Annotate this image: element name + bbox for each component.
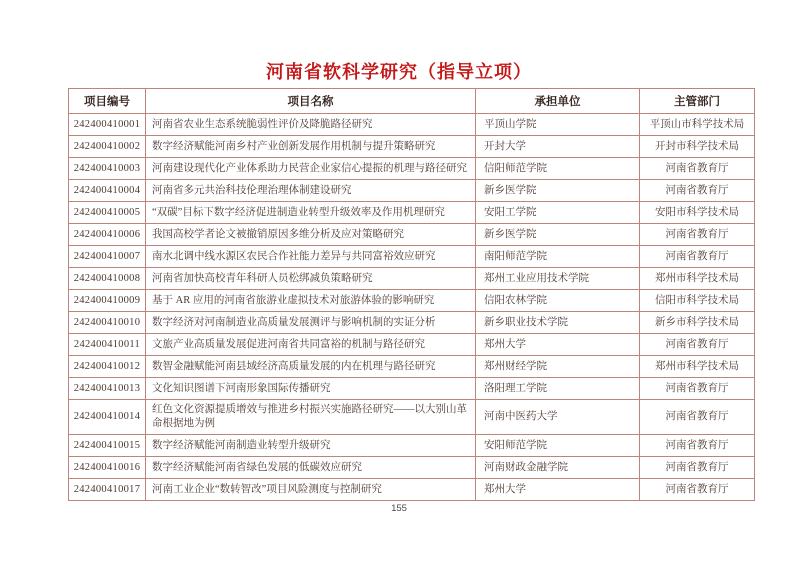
cell-department: 河南省教育厅: [640, 435, 755, 457]
table-row: 242400410002数字经济赋能河南乡村产业创新发展作用机制与提升策略研究开…: [69, 136, 755, 158]
table-row: 242400410011文旅产业高质量发展促进河南省共同富裕的机制与路径研究郑州…: [69, 334, 755, 356]
cell-organization: 平顶山学院: [476, 114, 640, 136]
cell-department: 河南省教育厅: [640, 224, 755, 246]
cell-department: 开封市科学技术局: [640, 136, 755, 158]
cell-project-id: 242400410016: [69, 457, 146, 479]
cell-project-id: 242400410006: [69, 224, 146, 246]
cell-project-name: 我国高校学者论文被撤销原因多维分析及应对策略研究: [146, 224, 476, 246]
cell-project-name: 数字经济赋能河南乡村产业创新发展作用机制与提升策略研究: [146, 136, 476, 158]
cell-project-name: 红色文化资源提质增效与推进乡村振兴实施路径研究——以大别山革命根据地为例: [146, 400, 476, 435]
table-row: 242400410009基于 AR 应用的河南省旅游业虚拟技术对旅游体验的影响研…: [69, 290, 755, 312]
table-row: 242400410013文化知识图谱下河南形象国际传播研究洛阳理工学院河南省教育…: [69, 378, 755, 400]
cell-organization: 新乡医学院: [476, 224, 640, 246]
cell-project-id: 242400410001: [69, 114, 146, 136]
cell-project-name: 南水北调中线水源区农民合作社能力差异与共同富裕效应研究: [146, 246, 476, 268]
project-table: 项目编号 项目名称 承担单位 主管部门 242400410001河南省农业生态系…: [68, 88, 755, 501]
cell-project-name: 河南省加快高校青年科研人员松绑减负策略研究: [146, 268, 476, 290]
cell-organization: 新乡职业技术学院: [476, 312, 640, 334]
cell-organization: 安阳师范学院: [476, 435, 640, 457]
table-row: 242400410015数字经济赋能河南制造业转型升级研究安阳师范学院河南省教育…: [69, 435, 755, 457]
cell-project-id: 242400410002: [69, 136, 146, 158]
cell-project-id: 242400410011: [69, 334, 146, 356]
cell-department: 河南省教育厅: [640, 334, 755, 356]
cell-organization: 开封大学: [476, 136, 640, 158]
page-number: 155: [0, 503, 798, 514]
cell-project-id: 242400410012: [69, 356, 146, 378]
cell-department: 河南省教育厅: [640, 180, 755, 202]
table-row: 242400410008河南省加快高校青年科研人员松绑减负策略研究郑州工业应用技…: [69, 268, 755, 290]
cell-project-id: 242400410003: [69, 158, 146, 180]
cell-organization: 郑州工业应用技术学院: [476, 268, 640, 290]
cell-project-name: 河南省农业生态系统脆弱性评价及降脆路径研究: [146, 114, 476, 136]
cell-project-id: 242400410015: [69, 435, 146, 457]
table-row: 242400410003河南建设现代化产业体系助力民营企业家信心提振的机理与路径…: [69, 158, 755, 180]
cell-department: 河南省教育厅: [640, 400, 755, 435]
table-row: 242400410016数字经济赋能河南省绿色发展的低碳效应研究河南财政金融学院…: [69, 457, 755, 479]
cell-project-name: 文旅产业高质量发展促进河南省共同富裕的机制与路径研究: [146, 334, 476, 356]
table-row: 242400410001河南省农业生态系统脆弱性评价及降脆路径研究平顶山学院平顶…: [69, 114, 755, 136]
cell-department: 安阳市科学技术局: [640, 202, 755, 224]
table-row: 242400410012数智金融赋能河南县域经济高质量发展的内在机理与路径研究郑…: [69, 356, 755, 378]
cell-department: 河南省教育厅: [640, 457, 755, 479]
cell-project-id: 242400410014: [69, 400, 146, 435]
cell-organization: 信阳农林学院: [476, 290, 640, 312]
table-row: 242400410017河南工业企业“数转智改”项目风险测度与控制研究郑州大学河…: [69, 479, 755, 501]
cell-organization: 郑州大学: [476, 479, 640, 501]
cell-organization: 河南财政金融学院: [476, 457, 640, 479]
table-row: 242400410014红色文化资源提质增效与推进乡村振兴实施路径研究——以大别…: [69, 400, 755, 435]
header-organization: 承担单位: [476, 89, 640, 114]
cell-organization: 新乡医学院: [476, 180, 640, 202]
cell-organization: 河南中医药大学: [476, 400, 640, 435]
table-header-row: 项目编号 项目名称 承担单位 主管部门: [69, 89, 755, 114]
page-title: 河南省软科学研究（指导立项）: [0, 58, 798, 84]
header-project-name: 项目名称: [146, 89, 476, 114]
cell-project-name: 数智金融赋能河南县域经济高质量发展的内在机理与路径研究: [146, 356, 476, 378]
cell-department: 信阳市科学技术局: [640, 290, 755, 312]
cell-department: 郑州市科学技术局: [640, 268, 755, 290]
cell-project-id: 242400410007: [69, 246, 146, 268]
cell-project-id: 242400410010: [69, 312, 146, 334]
table-row: 242400410005“双碳”目标下数字经济促进制造业转型升级效率及作用机理研…: [69, 202, 755, 224]
header-project-id: 项目编号: [69, 89, 146, 114]
cell-project-name: “双碳”目标下数字经济促进制造业转型升级效率及作用机理研究: [146, 202, 476, 224]
cell-project-id: 242400410009: [69, 290, 146, 312]
cell-project-id: 242400410005: [69, 202, 146, 224]
cell-department: 平顶山市科学技术局: [640, 114, 755, 136]
cell-project-id: 242400410017: [69, 479, 146, 501]
cell-project-name: 基于 AR 应用的河南省旅游业虚拟技术对旅游体验的影响研究: [146, 290, 476, 312]
cell-organization: 郑州财经学院: [476, 356, 640, 378]
cell-organization: 洛阳理工学院: [476, 378, 640, 400]
cell-department: 河南省教育厅: [640, 378, 755, 400]
cell-department: 河南省教育厅: [640, 479, 755, 501]
cell-organization: 信阳师范学院: [476, 158, 640, 180]
cell-project-id: 242400410013: [69, 378, 146, 400]
cell-department: 河南省教育厅: [640, 246, 755, 268]
table-row: 242400410004河南省多元共治科技伦理治理体制建设研究新乡医学院河南省教…: [69, 180, 755, 202]
cell-project-name: 数字经济赋能河南制造业转型升级研究: [146, 435, 476, 457]
header-department: 主管部门: [640, 89, 755, 114]
cell-organization: 郑州大学: [476, 334, 640, 356]
cell-project-id: 242400410008: [69, 268, 146, 290]
cell-organization: 南阳师范学院: [476, 246, 640, 268]
cell-department: 河南省教育厅: [640, 158, 755, 180]
cell-project-name: 河南工业企业“数转智改”项目风险测度与控制研究: [146, 479, 476, 501]
cell-organization: 安阳工学院: [476, 202, 640, 224]
cell-project-name: 文化知识图谱下河南形象国际传播研究: [146, 378, 476, 400]
cell-department: 新乡市科学技术局: [640, 312, 755, 334]
cell-project-name: 河南建设现代化产业体系助力民营企业家信心提振的机理与路径研究: [146, 158, 476, 180]
cell-project-name: 数字经济对河南制造业高质量发展测评与影响机制的实证分析: [146, 312, 476, 334]
table-row: 242400410006我国高校学者论文被撤销原因多维分析及应对策略研究新乡医学…: [69, 224, 755, 246]
table-row: 242400410007南水北调中线水源区农民合作社能力差异与共同富裕效应研究南…: [69, 246, 755, 268]
cell-project-id: 242400410004: [69, 180, 146, 202]
table-row: 242400410010数字经济对河南制造业高质量发展测评与影响机制的实证分析新…: [69, 312, 755, 334]
cell-department: 郑州市科学技术局: [640, 356, 755, 378]
cell-project-name: 数字经济赋能河南省绿色发展的低碳效应研究: [146, 457, 476, 479]
cell-project-name: 河南省多元共治科技伦理治理体制建设研究: [146, 180, 476, 202]
